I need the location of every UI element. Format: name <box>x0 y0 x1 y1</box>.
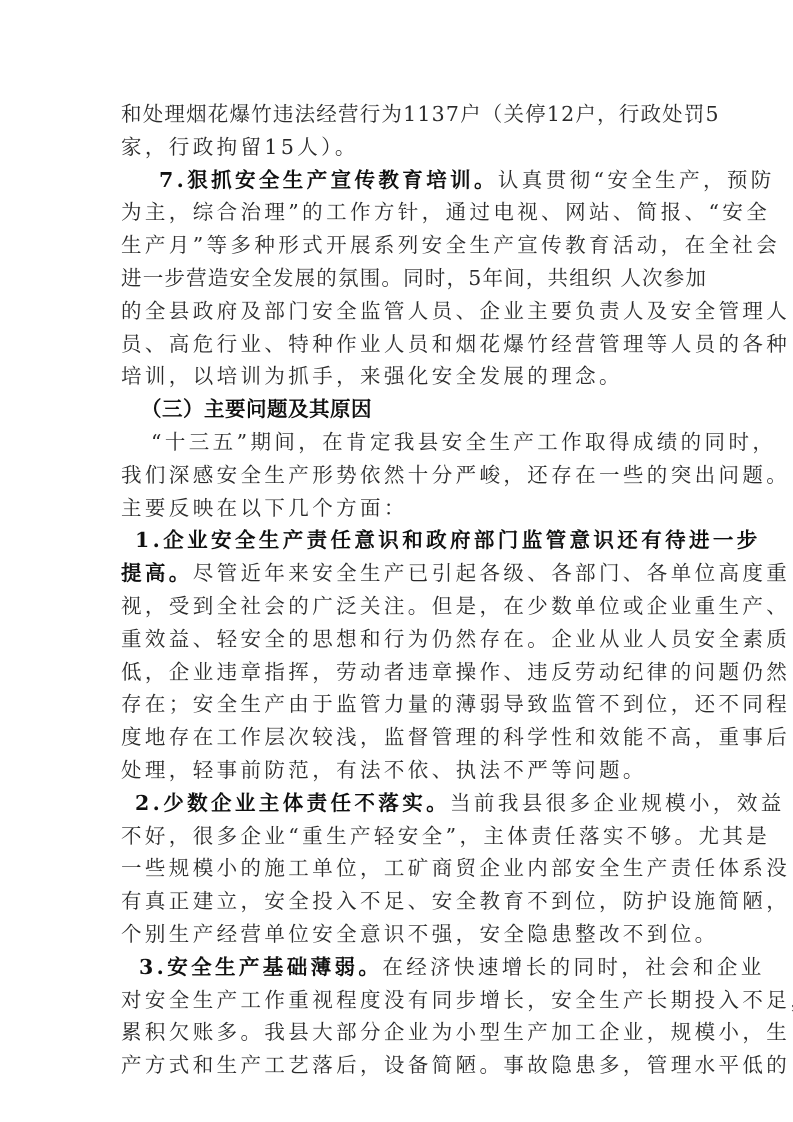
line-text: 不好，很多企业“重生产轻安全”，主体责任落实不够。尤其是 <box>121 824 770 848</box>
paragraph-line: 对安全生产工作重视程度没有同步增长，安全生产长期投入不足， <box>121 984 677 1017</box>
line-text: 我们深感安全生产形势依然十分严峻，还存在一些的突出问题。 <box>121 463 790 487</box>
paragraph-line: 的全县政府及部门安全监管人员、企业主要负责人及安全管理人 <box>121 295 677 328</box>
paragraph-line: 员、高危行业、特种作业人员和烟花爆竹经营管理等人员的各种 <box>121 328 677 361</box>
line-text: 一些规模小的施工单位，工矿商贸企业内部安全生产责任体系没 <box>121 856 790 880</box>
line-text: 对安全生产工作重视程度没有同步增长，安全生产长期投入不足， <box>121 988 793 1012</box>
paragraph-line: 视，受到全社会的广泛关注。但是，在少数单位或企业重生产、 <box>121 590 677 623</box>
paragraph-line: 重效益、轻安全的思想和行为仍然存在。企业从业人员安全素质 <box>121 623 677 656</box>
paragraph-line: 累积欠账多。我县大部分企业为小型生产加工企业，规模小，生 <box>121 1016 677 1049</box>
paragraph-line: 个别生产经营单位安全意识不强，安全隐患整改不到位。 <box>121 918 677 951</box>
paragraph-line: 不好，很多企业“重生产轻安全”，主体责任落实不够。尤其是 <box>121 820 677 853</box>
paragraph-line: 有真正建立，安全投入不足、安全教育不到位，防护设施简陋， <box>121 885 677 918</box>
line-text: 在经济快速增长的同时，社会和企业 <box>382 955 764 979</box>
item-2-title: 2.少数企业主体责任不落实。 <box>135 791 450 815</box>
line-text: 认真贯彻“安全生产，预防 <box>498 168 775 192</box>
paragraph-line: “十三五”期间，在肯定我县安全生产工作取得成绩的同时， <box>121 426 677 459</box>
paragraph-line: 家，行政拘留15人）。 <box>121 131 677 164</box>
paragraph-line: 我们深感安全生产形势依然十分严峻，还存在一些的突出问题。 <box>121 459 677 492</box>
document-page: 和处理烟花爆竹违法经营行为1137户（关停12户，行政处罚5 家，行政拘留15人… <box>121 98 677 1082</box>
line-text: 和处理烟花爆竹违法经营行为1137户（关停12户，行政处罚5 <box>121 102 720 126</box>
section-heading-line: （三）主要问题及其原因 <box>121 393 677 426</box>
item-7-heading-line: 7.狠抓安全生产宣传教育培训。认真贯彻“安全生产，预防 <box>121 164 677 197</box>
line-text: 有真正建立，安全投入不足、安全教育不到位，防护设施简陋， <box>121 889 790 913</box>
line-text: 培训，以培训为抓手，来强化安全发展的理念。 <box>121 364 623 388</box>
paragraph-line: 提高。尽管近年来安全生产已引起各级、各部门、各单位高度重 <box>121 557 677 590</box>
line-text: 主要反映在以下几个方面： <box>121 496 408 520</box>
line-text: 累积欠账多。我县大部分企业为小型生产加工企业，规模小，生 <box>121 1020 790 1044</box>
line-text: 当前我县很多企业规模小，效益 <box>450 791 785 815</box>
paragraph-line: 产方式和生产工艺落后，设备简陋。事故隐患多，管理水平低的 <box>121 1049 677 1082</box>
line-text: 产方式和生产工艺落后，设备简陋。事故隐患多，管理水平低的 <box>121 1053 790 1077</box>
item-1-title-cont: 提高。 <box>121 561 193 585</box>
item-1-title: 1.企业安全生产责任意识和政府部门监管意识还有待进一步 <box>135 528 761 552</box>
line-text: 员、高危行业、特种作业人员和烟花爆竹经营管理等人员的各种 <box>121 332 790 356</box>
line-text: 的全县政府及部门安全监管人员、企业主要负责人及安全管理人 <box>121 299 790 323</box>
line-text: 进一步营造安全发展的氛围。同时，5年间，共组织 人次参加 <box>121 266 707 290</box>
paragraph-line: 培训，以培训为抓手，来强化安全发展的理念。 <box>121 360 677 393</box>
line-text: 度地存在工作层次较浅，监督管理的科学性和效能不高，重事后 <box>121 725 790 749</box>
paragraph-line: 和处理烟花爆竹违法经营行为1137户（关停12户，行政处罚5 <box>121 98 677 131</box>
item-1-heading-line: 1.企业安全生产责任意识和政府部门监管意识还有待进一步 <box>121 524 677 557</box>
line-text: 存在；安全生产由于监管力量的薄弱导致监管不到位，还不同程 <box>121 692 790 716</box>
paragraph-line: 度地存在工作层次较浅，监督管理的科学性和效能不高，重事后 <box>121 721 677 754</box>
line-text: 为主，综合治理”的工作方针，通过电视、网站、简报、“安全 <box>121 200 770 224</box>
line-text: 家，行政拘留15人）。 <box>121 135 359 159</box>
item-2-heading-line: 2.少数企业主体责任不落实。当前我县很多企业规模小，效益 <box>121 787 677 820</box>
paragraph-line: 为主，综合治理”的工作方针，通过电视、网站、简报、“安全 <box>121 196 677 229</box>
line-text: 尽管近年来安全生产已引起各级、各部门、各单位高度重 <box>193 561 791 585</box>
paragraph-line: 处理，轻事前防范，有法不依、执法不严等问题。 <box>121 754 677 787</box>
line-text: 生产月”等多种形式开展系列安全生产宣传教育活动，在全社会 <box>121 233 780 257</box>
line-text: 重效益、轻安全的思想和行为仍然存在。企业从业人员安全素质 <box>121 627 790 651</box>
paragraph-line: 低，企业违章指挥，劳动者违章操作、违反劳动纪律的问题仍然 <box>121 656 677 689</box>
paragraph-line: 存在；安全生产由于监管力量的薄弱导致监管不到位，还不同程 <box>121 688 677 721</box>
paragraph-line: 进一步营造安全发展的氛围。同时，5年间，共组织 人次参加 <box>121 262 677 295</box>
paragraph-line: 生产月”等多种形式开展系列安全生产宣传教育活动，在全社会 <box>121 229 677 262</box>
line-text: “十三五”期间，在肯定我县安全生产工作取得成绩的同时， <box>151 430 776 454</box>
paragraph-line: 主要反映在以下几个方面： <box>121 492 677 525</box>
line-text: 视，受到全社会的广泛关注。但是，在少数单位或企业重生产、 <box>121 594 790 618</box>
line-text: 低，企业违章指挥，劳动者违章操作、违反劳动纪律的问题仍然 <box>121 660 790 684</box>
item-7-title: 7.狠抓安全生产宣传教育培训。 <box>159 168 498 192</box>
line-text: 处理，轻事前防范，有法不依、执法不严等问题。 <box>121 758 647 782</box>
line-text: 个别生产经营单位安全意识不强，安全隐患整改不到位。 <box>121 922 719 946</box>
paragraph-line: 一些规模小的施工单位，工矿商贸企业内部安全生产责任体系没 <box>121 852 677 885</box>
item-3-heading-line: 3.安全生产基础薄弱。在经济快速增长的同时，社会和企业 <box>121 951 677 984</box>
item-3-title: 3.安全生产基础薄弱。 <box>139 955 382 979</box>
section-heading: （三）主要问题及其原因 <box>141 397 372 421</box>
